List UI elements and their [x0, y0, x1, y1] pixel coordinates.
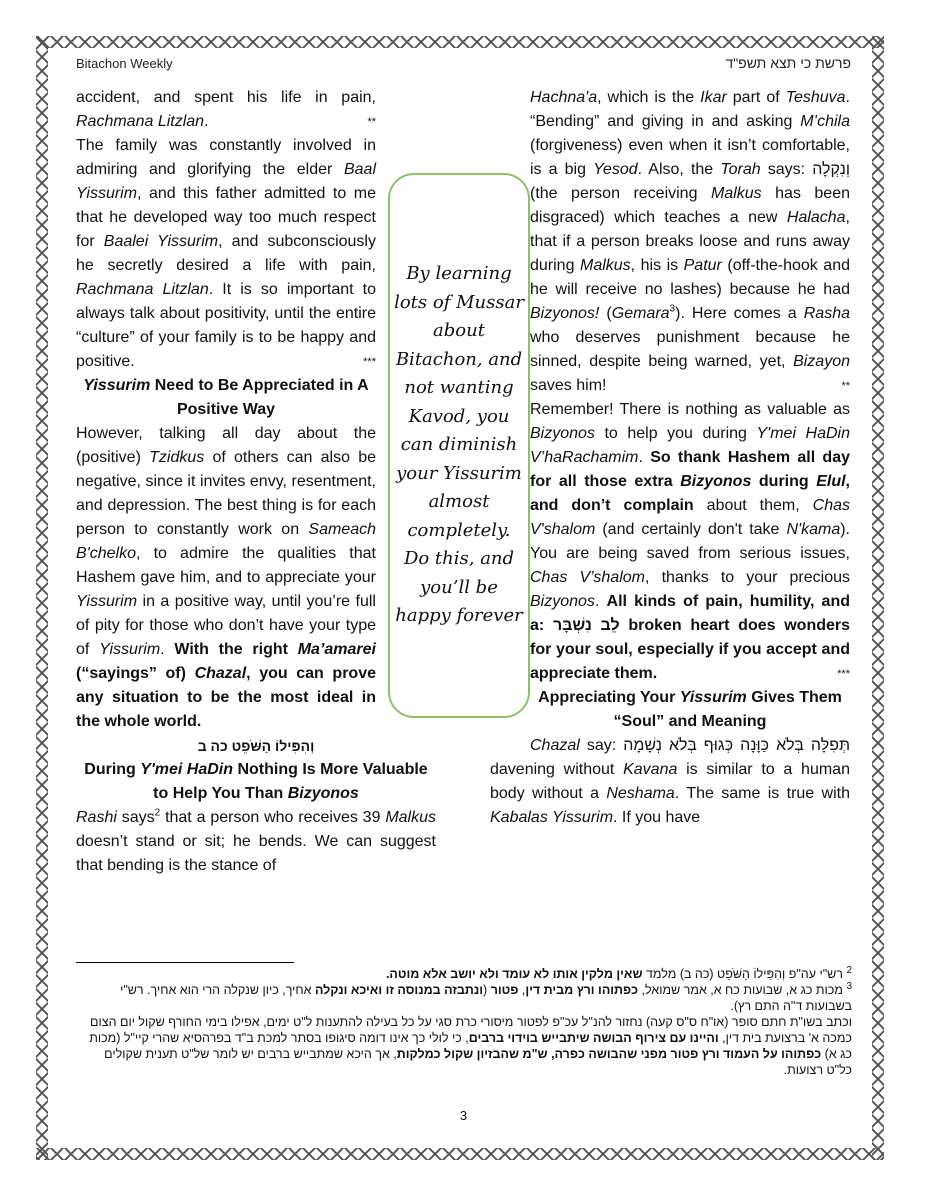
section-separator: **: [841, 374, 850, 398]
footnote-3: 3 מכות כג א, שבועות כח א, אמר שמואל, כפת…: [76, 982, 852, 1014]
hebrew-phrase: לֵב נִשְׁבָּר: [553, 617, 620, 634]
hebrew-phrase: תְּפִלָּה בְּלֹא כַּוָּנָה כְּגוּף בְּלֹ…: [623, 737, 850, 754]
hebrew-word: וְנִקְלָה: [812, 161, 850, 178]
page-number: 3: [0, 1108, 927, 1123]
right-column: Hachna'a, which is the Ikar part of Tesh…: [490, 86, 850, 830]
parsha-title: פרשת כי תצא תשפ"ד: [725, 55, 851, 71]
section-separator: **: [367, 110, 376, 134]
paragraph: Remember! There is nothing as valuable a…: [490, 398, 850, 686]
footnotes: 2 רש"י עה"פ וְהִפִּילוֹ הַשֹּׁפֵט (כה ב)…: [76, 966, 852, 1078]
hebrew-verse-heading: וְהִפִּילוֹ הַשֹּׁפֵט כה ב: [76, 734, 436, 758]
section-separator: ***: [837, 662, 850, 686]
footnote-3-continued: וכתב בשו"ת חתם סופר (או"ח ס"ס קעה) נחזור…: [76, 1014, 852, 1078]
border-bottom-decoration: [36, 1148, 884, 1160]
publication-title: Bitachon Weekly: [76, 56, 173, 71]
section-heading: During Y'mei HaDin Nothing Is More Valua…: [76, 758, 436, 806]
section-separator: ***: [363, 350, 376, 374]
pullquote-text: By learning lots of Mussar about Bitacho…: [394, 260, 524, 631]
border-top-decoration: [36, 36, 884, 48]
footnote-divider: [76, 962, 294, 963]
border-right-decoration: [872, 36, 884, 1160]
paragraph: Rashi says2 that a person who receives 3…: [76, 806, 436, 878]
section-heading: Appreciating Your Yissurim Gives Them “S…: [490, 686, 850, 734]
pullquote-box: By learning lots of Mussar about Bitacho…: [388, 173, 530, 718]
paragraph: Chazal say: תְּפִלָּה בְּלֹא כַּוָּנָה כ…: [490, 734, 850, 830]
border-left-decoration: [36, 36, 48, 1160]
paragraph: accident, and spent his life in pain, Ra…: [76, 86, 436, 134]
footnote-ref-2[interactable]: 2: [155, 808, 161, 819]
paragraph: Hachna'a, which is the Ikar part of Tesh…: [490, 86, 850, 398]
left-column: accident, and spent his life in pain, Ra…: [76, 86, 436, 878]
footnote-2: 2 רש"י עה"פ וְהִפִּילוֹ הַשֹּׁפֵט (כה ב)…: [76, 966, 852, 982]
